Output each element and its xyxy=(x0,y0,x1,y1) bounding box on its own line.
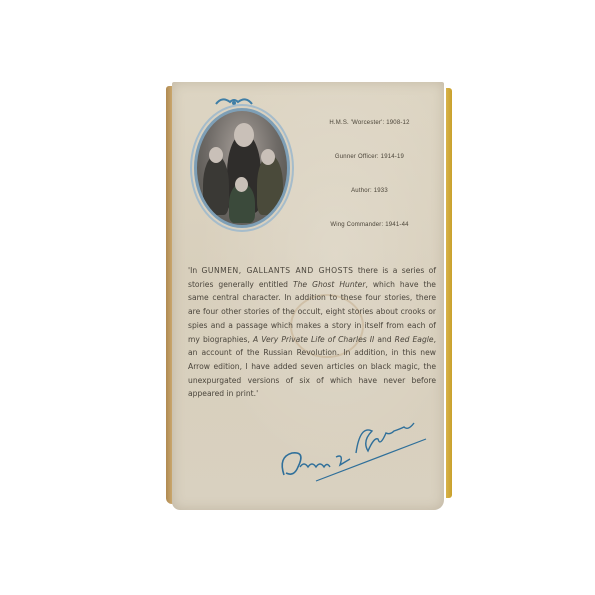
author-portrait xyxy=(194,108,290,228)
series-title: The Ghost Hunter xyxy=(293,280,365,289)
page-edge xyxy=(446,88,452,498)
author-timeline: H.M.S. 'Worcester': 1908-12 Gunner Offic… xyxy=(302,120,437,256)
back-cover: H.M.S. 'Worcester': 1908-12 Gunner Offic… xyxy=(172,82,444,510)
timeline-item: Author: 1933 xyxy=(302,188,437,194)
ribbon-bow-icon xyxy=(214,96,254,108)
timeline-item: Gunner Officer: 1914-19 xyxy=(302,154,437,160)
author-signature xyxy=(276,417,436,487)
book: H.M.S. 'Worcester': 1908-12 Gunner Offic… xyxy=(166,82,452,514)
biography-title: A Very Private Life of Charles II xyxy=(253,335,374,344)
book-title: GUNMEN, GALLANTS AND GHOSTS xyxy=(202,266,354,275)
biography-title: Red Eagle xyxy=(395,335,434,344)
author-quote: 'In GUNMEN, GALLANTS AND GHOSTS there is… xyxy=(188,264,436,401)
timeline-item: Wing Commander: 1941-44 xyxy=(302,222,437,228)
timeline-item: H.M.S. 'Worcester': 1908-12 xyxy=(302,120,437,126)
